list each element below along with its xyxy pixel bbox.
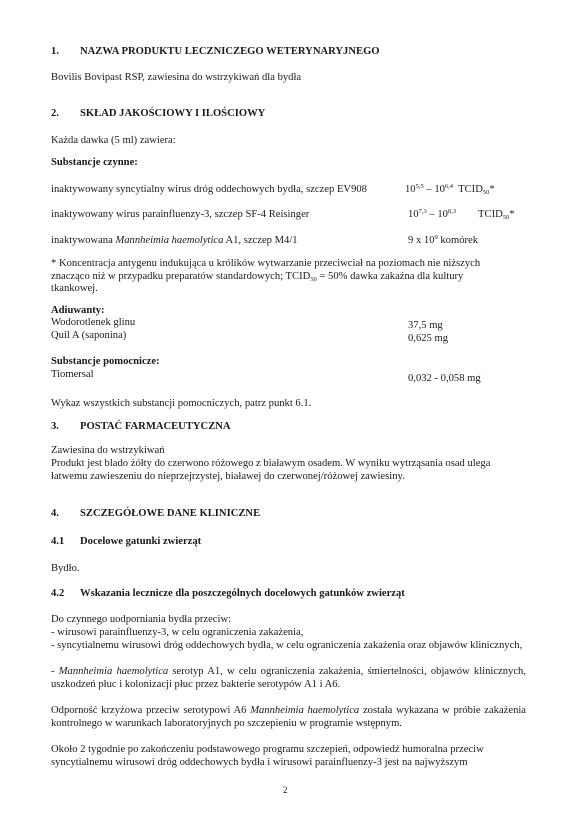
active-substance-value: 9 x 109 komórek bbox=[408, 235, 478, 248]
section-4-2-heading: 4.2 Wskazania lecznicze dla poszczególny… bbox=[51, 588, 64, 601]
section-title: SKŁAD JAKOŚCIOWY I ILOŚCIOWY bbox=[80, 108, 265, 121]
section-title: SZCZEGÓŁOWE DANE KLINICZNE bbox=[80, 508, 260, 521]
section-number: 4. bbox=[51, 508, 59, 519]
section-number: 4.1 bbox=[51, 536, 64, 547]
cross-protection-paragraph: Odporność krzyżowa przeciw serotypowi A6… bbox=[51, 705, 526, 730]
indication-item: - wirusowi parainfluenzy-3, w celu ogran… bbox=[51, 627, 303, 640]
section-1-heading: 1. NAZWA PRODUKTU LECZNICZEGO WETERYNARY… bbox=[51, 46, 59, 59]
product-name: Bovilis Bovipast RSP, zawiesina do wstrz… bbox=[51, 72, 301, 85]
section-number: 3. bbox=[51, 421, 59, 432]
active-substance-name: inaktywowany syncytialny wirus dróg odde… bbox=[51, 184, 367, 197]
section-2-heading: 2. SKŁAD JAKOŚCIOWY I ILOŚCIOWY bbox=[51, 108, 59, 121]
target-species: Bydło. bbox=[51, 563, 80, 576]
humoral-response-paragraph: Około 2 tygodnie po zakończeniu podstawo… bbox=[51, 744, 521, 769]
active-substance-value: 107,3 – 108,3TCID50* bbox=[408, 209, 515, 222]
dose-intro: Każda dawka (5 ml) zawiera: bbox=[51, 135, 176, 148]
excipient-value: 0,032 - 0,058 mg bbox=[408, 373, 481, 386]
document-page: 1. NAZWA PRODUKTU LECZNICZEGO WETERYNARY… bbox=[0, 0, 576, 814]
adjuvant-value: 37,5 mg bbox=[408, 320, 443, 333]
section-title: Docelowe gatunki zwierząt bbox=[80, 536, 201, 549]
section-title: POSTAĆ FARMACEUTYCZNA bbox=[80, 421, 231, 434]
active-substances-heading: Substancje czynne: bbox=[51, 157, 138, 170]
active-substance-name: inaktywowana Mannheimia haemolytica A1, … bbox=[51, 235, 298, 248]
indication-item: - syncytialnemu wirusowi dróg oddechowyc… bbox=[51, 640, 526, 653]
section-4-1-heading: 4.1 Docelowe gatunki zwierząt bbox=[51, 536, 64, 549]
product-description: Produkt jest blado żółty do czerwono róż… bbox=[51, 458, 499, 483]
section-number: 4.2 bbox=[51, 588, 64, 599]
section-4-heading: 4. SZCZEGÓŁOWE DANE KLINICZNE bbox=[51, 508, 59, 521]
section-number: 2. bbox=[51, 108, 59, 119]
page-number: 2 bbox=[283, 784, 288, 797]
section-3-heading: 3. POSTAĆ FARMACEUTYCZNA bbox=[51, 421, 59, 434]
adjuvants-heading: Adiuwanty: bbox=[51, 305, 105, 318]
excipients-heading: Substancje pomocnicze: bbox=[51, 356, 160, 369]
indications-intro: Do czynnego uodporniania bydła przeciw: bbox=[51, 614, 231, 627]
section-title: Wskazania lecznicze dla poszczególnych d… bbox=[80, 588, 405, 601]
excipient-name: Tiomersal bbox=[51, 369, 94, 382]
active-substance-value: 105,5 – 106,4 TCID50* bbox=[405, 184, 495, 197]
footnote: * Koncentracja antygenu indukująca u kró… bbox=[51, 258, 481, 296]
indication-item: - Mannheimia haemolytica serotyp A1, w c… bbox=[51, 666, 526, 691]
section-number: 1. bbox=[51, 46, 59, 57]
excipients-note: Wykaz wszystkich substancji pomocniczych… bbox=[51, 398, 311, 411]
active-substance-name: inaktywowany wirus parainfluenzy-3, szcz… bbox=[51, 209, 309, 222]
adjuvant-name: Wodorotlenek glinu bbox=[51, 317, 135, 330]
adjuvant-name: Quil A (saponina) bbox=[51, 330, 126, 343]
adjuvant-value: 0,625 mg bbox=[408, 333, 448, 346]
pharmaceutical-form: Zawiesina do wstrzykiwań bbox=[51, 445, 165, 458]
section-title: NAZWA PRODUKTU LECZNICZEGO WETERYNARYJNE… bbox=[80, 46, 380, 59]
